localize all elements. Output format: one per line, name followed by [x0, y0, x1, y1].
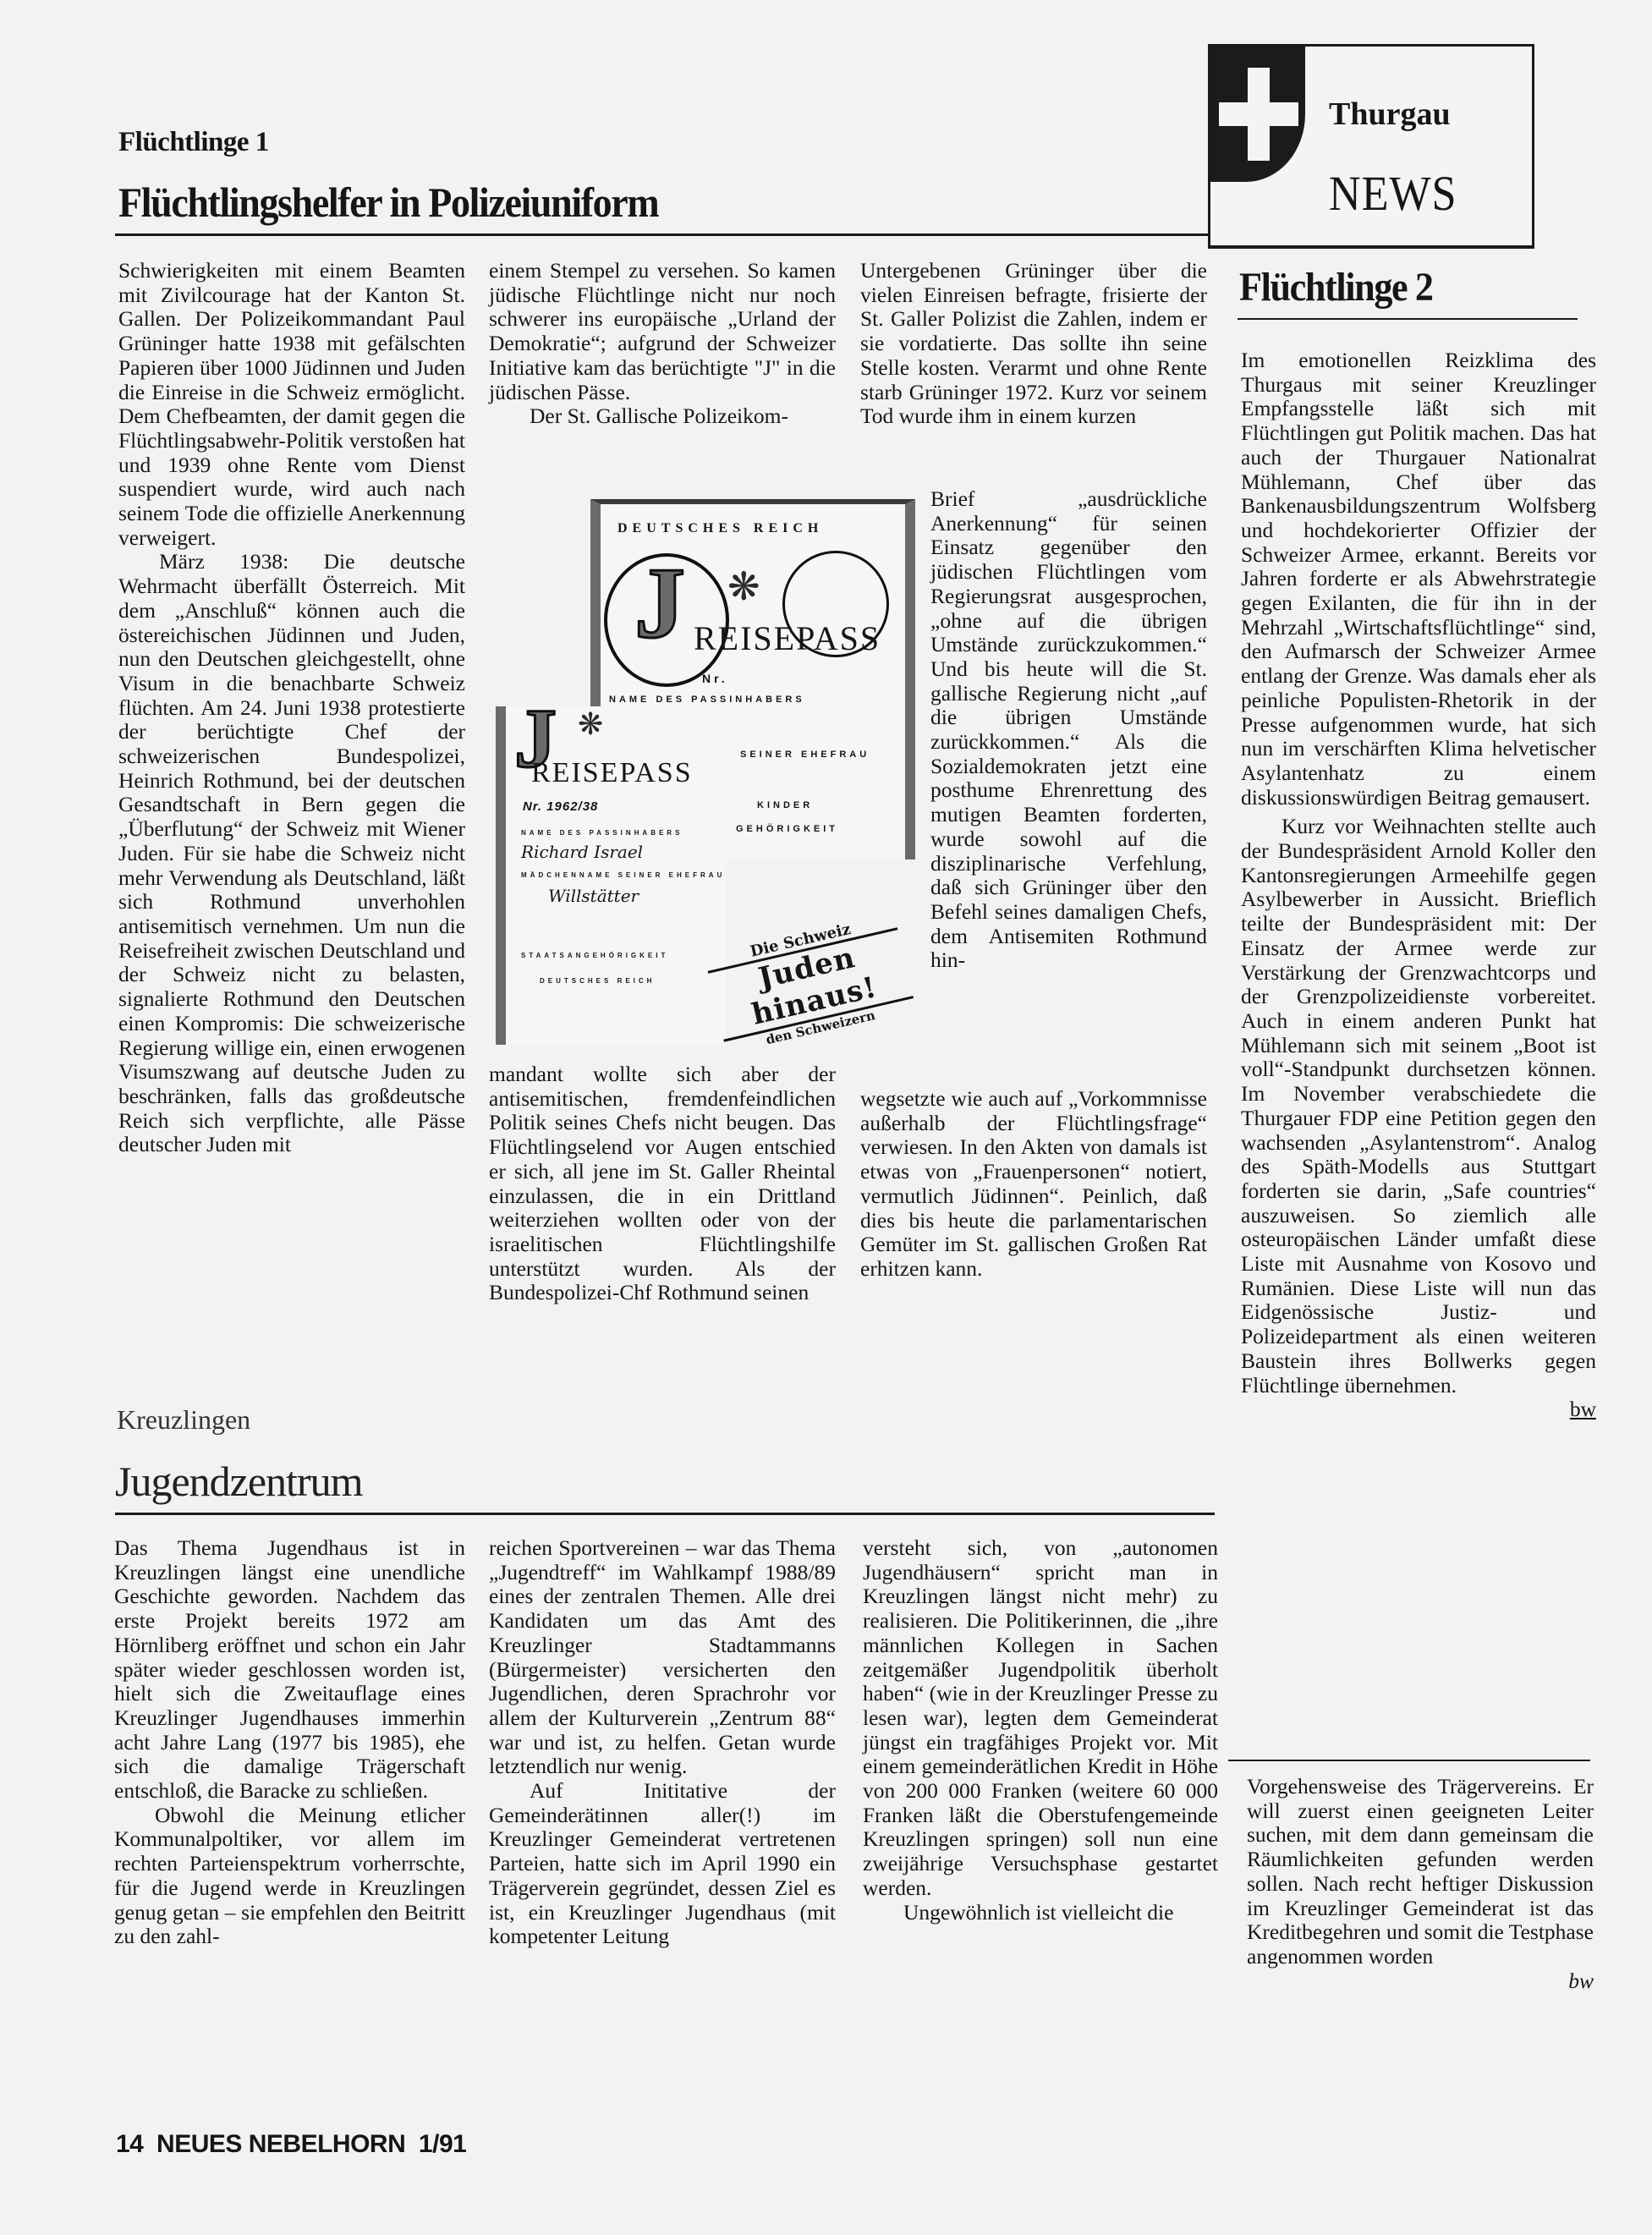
column-separator-rule — [1228, 1760, 1590, 1761]
paragraph: Brief „ausdrückliche Anerkennung“ für se… — [930, 487, 1207, 973]
article3-kicker: Kreuzlingen — [117, 1404, 250, 1436]
article3-rule — [115, 1513, 1215, 1515]
article2-body: Im emotionellen Reizklima des Thurgaus m… — [1241, 349, 1596, 1422]
article2-headline: Flüchtlinge 2 — [1239, 264, 1433, 310]
article3-column-1: Das Thema Jugendhaus ist in Kreuzlingen … — [114, 1536, 465, 1949]
article2-rule — [1238, 318, 1578, 320]
article3-column-4: Vorgehensweise des Trägervereins. Er wil… — [1247, 1775, 1594, 1993]
article3-headline: Jugendzentrum — [115, 1457, 362, 1506]
article1-column-1: Schwierigkeiten mit einem Beamten mit Zi… — [118, 259, 465, 1157]
swiss-cross-shield-icon — [1210, 47, 1305, 182]
article1-column-3-top: Untergebenen Grüninger über die vielen E… — [860, 259, 1207, 429]
paragraph: Auf Inititative der Gemeinderätinnen all… — [489, 1779, 836, 1949]
paragraph: Das Thema Jugendhaus ist in Kreuzlingen … — [114, 1536, 465, 1804]
eagle-emblem-icon: ❋ — [727, 563, 760, 609]
paragraph: versteht sich, von „autonomen Jugendhäus… — [863, 1536, 1218, 1901]
paragraph: reichen Sportvereinen – war das Thema „J… — [489, 1536, 836, 1779]
paragraph: März 1938: Die deutsche Wehrmacht überfä… — [118, 550, 465, 1157]
paragraph: Kurz vor Weihnachten stellte auch der Bu… — [1241, 815, 1596, 1398]
author-signature: bw — [1247, 1969, 1594, 1994]
paragraph: Im emotionellen Reizklima des Thurgaus m… — [1241, 349, 1596, 810]
article1-column-2-top: einem Stempel zu versehen. So kamen jüdi… — [489, 259, 836, 429]
paragraph: Schwierigkeiten mit einem Beamten mit Zi… — [118, 259, 465, 550]
paragraph: Ungewöhnlich ist vielleicht die — [863, 1901, 1218, 1925]
paragraph: mandant wollte sich aber der antisemitis… — [489, 1063, 836, 1305]
thurgau-news-logo: Thurgau NEWS — [1208, 44, 1534, 249]
article1-headline: Flüchtlingshelfer in Polizeiuniform — [118, 178, 658, 227]
page-number: 14 — [116, 2130, 143, 2158]
article3-column-3: versteht sich, von „autonomen Jugendhäus… — [863, 1536, 1218, 1925]
page-footer: 14 NEUES NEBELHORN 1/91 — [116, 2130, 466, 2159]
article3-column-2: reichen Sportvereinen – war das Thema „J… — [489, 1536, 836, 1949]
article1-rule — [115, 233, 1210, 236]
paragraph: Obwohl die Meinung etlicher Kommunalpolt… — [114, 1804, 465, 1949]
logo-region: Thurgau — [1329, 96, 1451, 133]
paragraph: Vorgehensweise des Trägervereins. Er wil… — [1247, 1775, 1594, 1969]
paragraph: einem Stempel zu versehen. So kamen jüdi… — [489, 259, 836, 404]
author-signature: bw — [1570, 1397, 1596, 1421]
issue-number: 1/91 — [419, 2130, 466, 2158]
article1-column-2-bottom: mandant wollte sich aber der antisemitis… — [489, 1063, 836, 1305]
passport-collage-image: DEUTSCHES REICH J ❋ REISEPASS Nr. NAME D… — [489, 491, 903, 1045]
passport-2: J ❋ REISEPASS Nr. 1962/38 NAME DES PASSI… — [496, 706, 726, 1045]
paragraph: wegsetzte wie auch auf „Vorkommnisse auß… — [860, 1087, 1207, 1282]
logo-label: NEWS — [1329, 165, 1457, 222]
article1-column-3-wrap: Brief „ausdrückliche Anerkennung“ für se… — [930, 487, 1207, 973]
paragraph: Untergebenen Grüninger über die vielen E… — [860, 259, 1207, 429]
juden-hinaus-banner: Die Schweiz Juden hinaus! den Schweizern — [704, 910, 917, 1057]
publication-name: NEUES NEBELHORN — [156, 2130, 405, 2158]
paragraph: Der St. Gallische Polizeikom- — [489, 404, 836, 429]
article1-kicker: Flüchtlinge 1 — [118, 127, 269, 158]
j-stamp-icon: J — [634, 545, 685, 662]
eagle-emblem-icon: ❋ — [578, 706, 603, 742]
article1-column-3-bottom: wegsetzte wie auch auf „Vorkommnisse auß… — [860, 1087, 1207, 1282]
